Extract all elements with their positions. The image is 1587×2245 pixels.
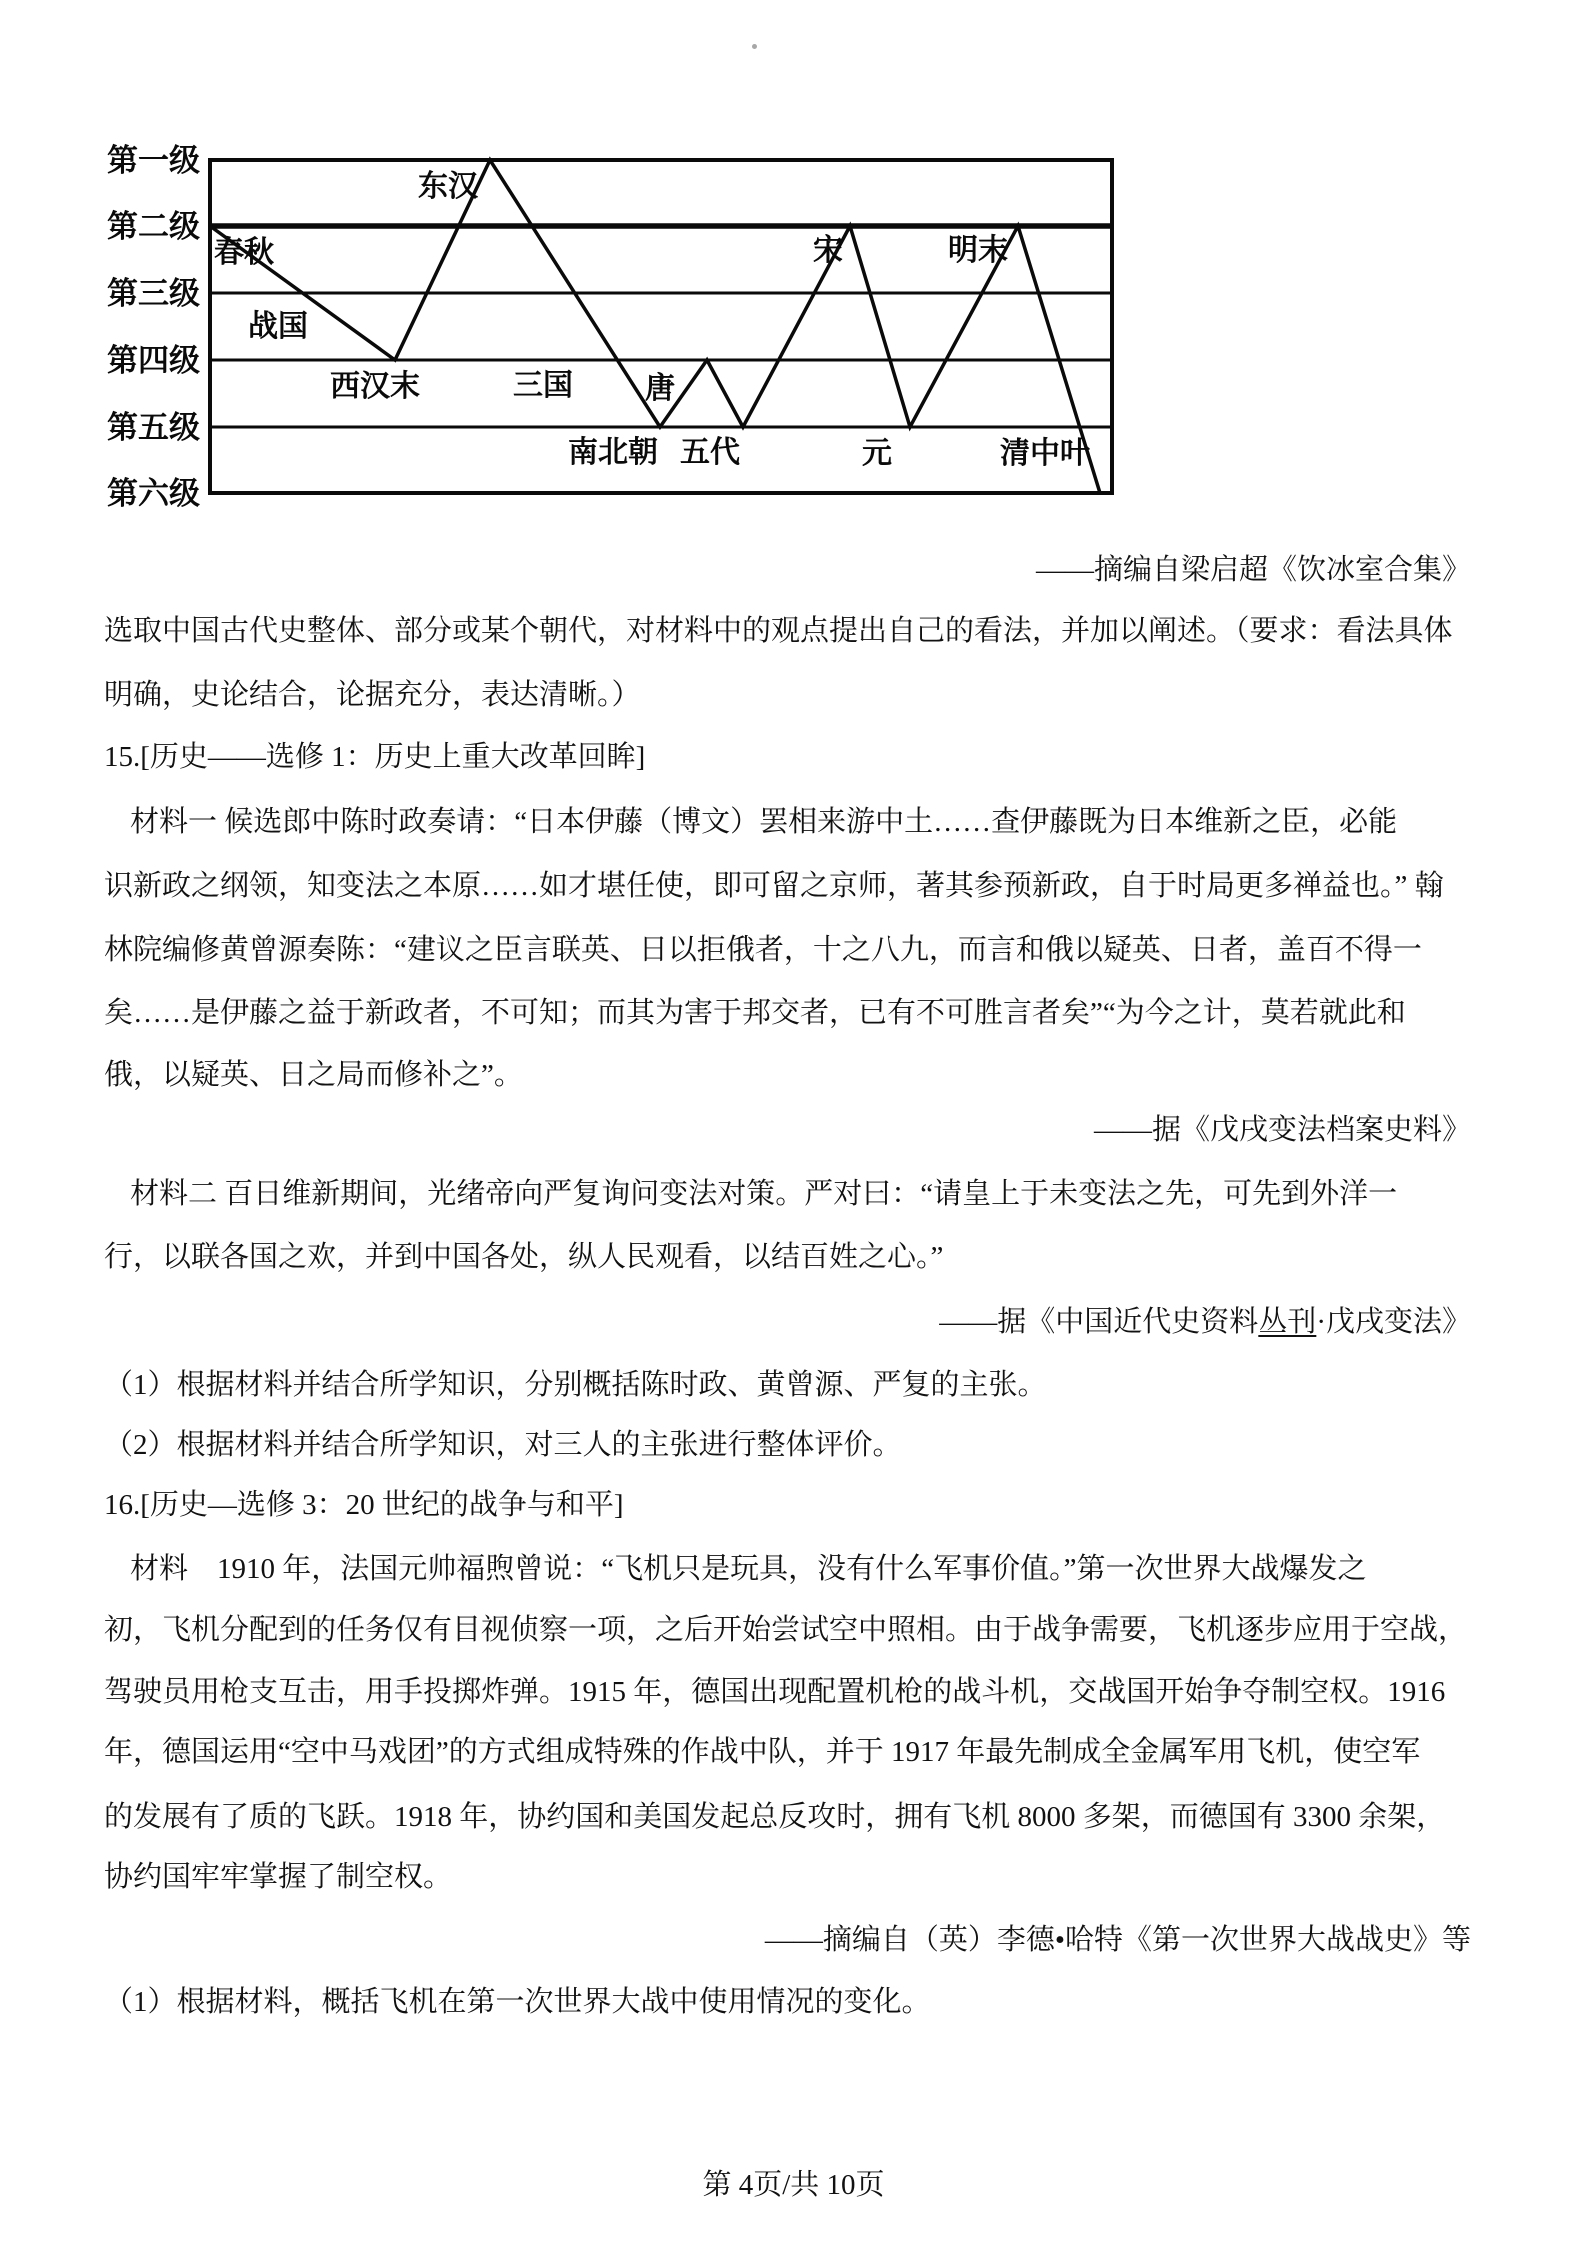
q15-material1-line: 林院编修黄曾源奏陈：“建议之臣言联英、日以拒俄者，十之八九，而言和俄以疑英、日者… xyxy=(104,933,1494,967)
q16-material-line: 年，德国运用“空中马戏团”的方式组成特殊的作战中队，并于 1917 年最先制成全… xyxy=(104,1735,1494,1769)
q16-subquestion-1: （1）根据材料，概括飞机在第一次世界大战中使用情况的变化。 xyxy=(104,1985,1494,2019)
era-label: 南北朝 xyxy=(568,436,658,469)
q15-material1-line: 材料一 候选郎中陈时政奏请：“日本伊藤（博文）罢相来游中土……查伊藤既为日本维新… xyxy=(104,805,1520,839)
level-label: 第四级 xyxy=(107,343,200,378)
q16-attribution: ——摘编自（英）李德•哈特《第一次世界大战战史》等 xyxy=(765,1923,1471,1957)
q16-material-line: 材料 1910 年，法国元帅福煦曾说：“飞机只是玩具，没有什么军事价值。”第一次… xyxy=(104,1552,1520,1586)
level-label: 第一级 xyxy=(107,143,200,178)
q16-material-line: 驾驶员用枪支互击，用手投掷炸弹。1915 年，德国出现配置机枪的战斗机，交战国开… xyxy=(104,1675,1494,1709)
era-label: 五代 xyxy=(680,436,740,469)
level-label: 第六级 xyxy=(107,476,200,511)
level-label: 第五级 xyxy=(107,410,200,445)
intro-line: 明确，史论结合，论据充分，表达清晰。） xyxy=(104,678,1494,712)
q15-material1-line: 识新政之纲领，知变法之本原……如才堪任使，即可留之京师，著其参预新政，自于时局更… xyxy=(104,869,1494,903)
era-label: 三国 xyxy=(513,369,573,402)
q16-material-line: 的发展有了质的飞跃。1918 年，协约国和美国发起总反攻时，拥有飞机 8000 … xyxy=(104,1800,1494,1834)
attribution-text: ·戊戌变法》 xyxy=(1316,1306,1471,1338)
q15-material2-line: 材料二 百日维新期间，光绪帝向严复询问变法对策。严对曰：“请皇上于未变法之先，可… xyxy=(104,1177,1520,1211)
q15-material1-line: 俄，以疑英、日之局而修补之”。 xyxy=(104,1058,1494,1092)
exam-page: 第一级第二级第三级第四级第五级第六级东汉春秋战国西汉末三国唐南北朝五代宋元明末清… xyxy=(0,0,1587,2245)
q15-subquestion-2: （2）根据材料并结合所学知识，对三人的主张进行整体评价。 xyxy=(104,1428,1494,1462)
q15-subquestion-1: （1）根据材料并结合所学知识，分别概括陈时政、黄曾源、严复的主张。 xyxy=(104,1368,1494,1402)
intro-line: 选取中国古代史整体、部分或某个朝代，对材料中的观点提出自己的看法，并加以阐述。（… xyxy=(104,614,1494,648)
era-label: 明末 xyxy=(948,234,1008,267)
era-label: 宋 xyxy=(813,234,843,267)
attribution-text: ——据《中国近代史资料 xyxy=(939,1306,1258,1338)
q15-material2-line: 行，以联各国之欢，并到中国各处，纵人民观看，以结百姓之心。” xyxy=(104,1240,1494,1274)
q15-heading: 15.[历史——选修 1：历史上重大改革回眸] xyxy=(104,740,1494,774)
q15-material1-line: 矣……是伊藤之益于新政者，不可知；而其为害于邦交者，已有不可胜言者矣”“为今之计… xyxy=(104,996,1494,1030)
q16-material-line: 协约国牢牢掌握了制空权。 xyxy=(104,1860,1494,1894)
era-label: 战国 xyxy=(248,310,308,343)
q16-heading: 16.[历史—选修 3：20 世纪的战争与和平] xyxy=(104,1488,1494,1522)
q15-material2-attribution: ——据《中国近代史资料丛刊·戊戌变法》 xyxy=(939,1305,1471,1339)
page-footer: 第 4页/共 10页 xyxy=(0,2168,1587,2202)
era-label: 春秋 xyxy=(214,235,274,269)
chart-attribution: ——摘编自梁启超《饮冰室合集》 xyxy=(1036,553,1471,587)
q16-material-line: 初，飞机分配到的任务仅有目视侦察一项，之后开始尝试空中照相。由于战争需要，飞机逐… xyxy=(104,1613,1494,1647)
era-label: 东汉 xyxy=(418,170,479,203)
attribution-underlined-text: 丛刊 xyxy=(1258,1306,1316,1338)
era-label: 西汉末 xyxy=(330,370,420,403)
level-label: 第三级 xyxy=(107,276,200,311)
dynasty-level-chart: 第一级第二级第三级第四级第五级第六级东汉春秋战国西汉末三国唐南北朝五代宋元明末清… xyxy=(0,0,1587,560)
era-label: 唐 xyxy=(645,372,675,405)
q15-material1-attribution: ——据《戊戌变法档案史料》 xyxy=(1094,1113,1471,1147)
level-label: 第二级 xyxy=(107,209,200,244)
era-label: 元 xyxy=(862,437,892,470)
era-label: 清中叶 xyxy=(1000,437,1090,470)
